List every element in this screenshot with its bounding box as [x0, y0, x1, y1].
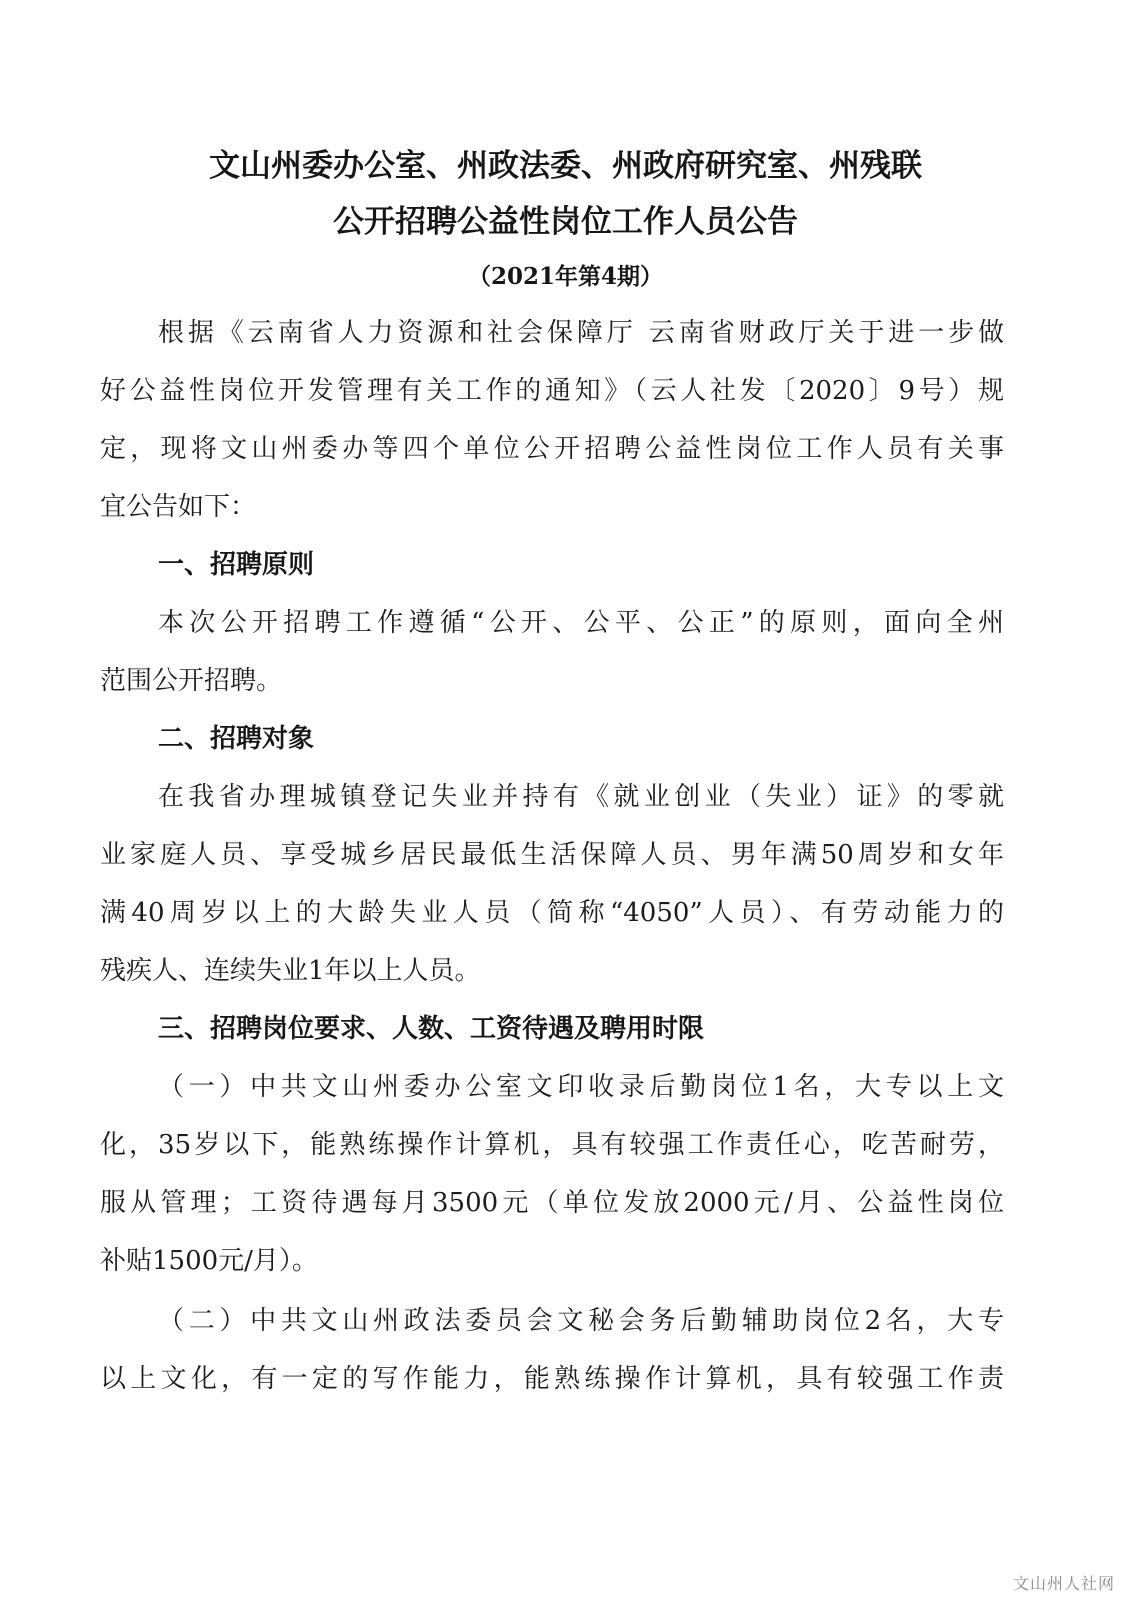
section-line: 本次公开招聘工作遵循“公开、公平、公正”的原则，面向全州: [158, 606, 1004, 640]
section-line: 化，35岁以下，能熟练操作计算机，具有较强工作责任心，吃苦耐劳，: [100, 1128, 1004, 1162]
section-line: 以上文化，有一定的写作能力，能熟练操作计算机，具有较强工作责: [100, 1362, 1004, 1396]
document-title-line1: 文山州委办公室、州政法委、州政府研究室、州残联: [0, 140, 1131, 185]
intro-line: 根据《云南省人力资源和社会保障厅 云南省财政厅关于进一步做: [158, 316, 1004, 350]
section-line: （二）中共文山州政法委员会文秘会务后勤辅助岗位2名，大专: [158, 1304, 1004, 1338]
section-heading-principles: 一、招聘原则: [158, 548, 314, 582]
section-line: 残疾人、连续失业1年以上人员。: [100, 954, 1004, 988]
section-line: 范围公开招聘。: [100, 664, 1004, 698]
document-page: 文山州委办公室、州政法委、州政府研究室、州残联 公开招聘公益性岗位工作人员公告 …: [0, 0, 1131, 1600]
section-line: （一）中共文山州委办公室文印收录后勤岗位1名，大专以上文: [158, 1070, 1004, 1104]
section-line: 补贴1500元/月）。: [100, 1244, 1004, 1278]
section-line: 服从管理；工资待遇每月3500元（单位发放2000元/月、公益性岗位: [100, 1186, 1004, 1220]
section-line: 在我省办理城镇登记失业并持有《就业创业（失业）证》的零就: [158, 780, 1004, 814]
section-line: 满40周岁以上的大龄失业人员（简称“4050”人员）、有劳动能力的: [100, 896, 1004, 930]
intro-line: 好公益性岗位开发管理有关工作的通知》（云人社发〔2020〕9号）规: [100, 374, 1004, 408]
section-heading-positions: 三、招聘岗位要求、人数、工资待遇及聘用时限: [158, 1012, 704, 1046]
issue-number: （2021年第4期）: [0, 258, 1131, 291]
intro-line: 宜公告如下：: [100, 490, 1004, 524]
watermark: 文山州人社网: [1013, 1571, 1115, 1594]
section-heading-targets: 二、招聘对象: [158, 722, 314, 756]
intro-line: 定，现将文山州委办等四个单位公开招聘公益性岗位工作人员有关事: [100, 432, 1004, 466]
section-line: 业家庭人员、享受城乡居民最低生活保障人员、男年满50周岁和女年: [100, 838, 1004, 872]
document-title-line2: 公开招聘公益性岗位工作人员公告: [0, 196, 1131, 241]
